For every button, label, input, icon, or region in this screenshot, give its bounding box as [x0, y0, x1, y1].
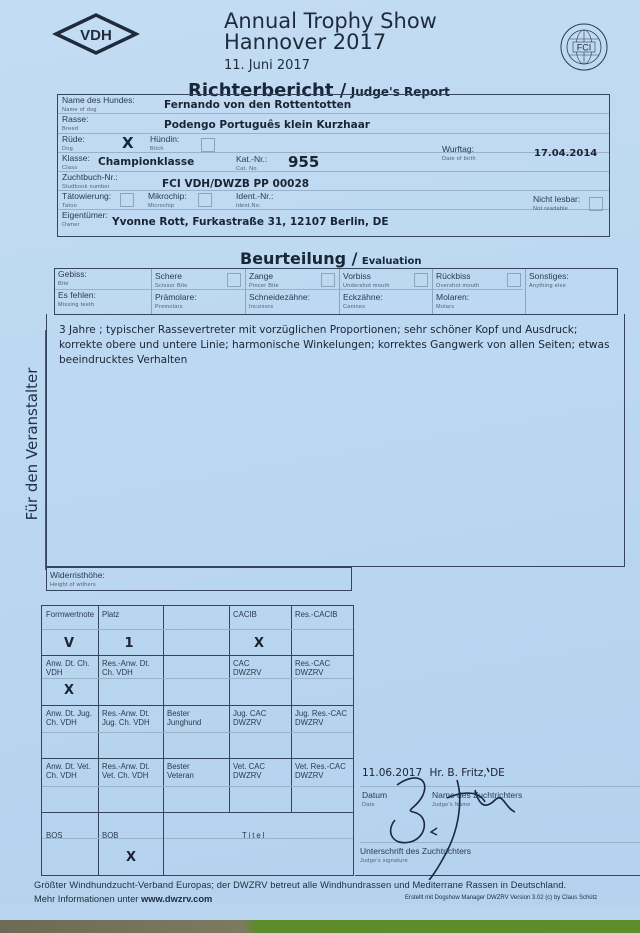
- award-label: Platz: [102, 610, 119, 619]
- missing-canines: Eckzähne:Canines: [343, 293, 383, 312]
- award-label: Jug. Res.-CACDWZRV: [295, 709, 347, 727]
- award-label: CACIB: [233, 610, 257, 619]
- pincer-bite-checkbox[interactable]: [321, 273, 335, 287]
- award-value-cell[interactable]: 1: [125, 636, 134, 651]
- footer-link[interactable]: www.dwzrv.com: [141, 894, 212, 904]
- studbook-label: Zuchtbuch-Nr.:Studbook number: [62, 173, 118, 192]
- award-label: Jug. CACDWZRV: [233, 709, 266, 727]
- award-label: BesterJunghund: [167, 709, 201, 727]
- side-divider: [45, 330, 46, 570]
- owner-label: Eigentümer:Owner: [62, 211, 108, 230]
- missing-incisors: Schneidezähne:Incsisors: [249, 293, 310, 312]
- bite-option-overshot: RückbissOvershot mouth: [436, 272, 479, 291]
- dog-info-box: Name des Hundes:Name of dog Fernando von…: [57, 94, 610, 237]
- award-label: Res.-CACIB: [295, 610, 337, 619]
- tattoo-label: Tätowierung:Tatoo: [62, 192, 111, 211]
- award-label: Titel: [242, 831, 266, 840]
- missing-premolars: Prämolare:Premolars: [155, 293, 197, 312]
- award-label: BesterVeteran: [167, 762, 194, 780]
- male-label: Rüde:Dog: [62, 135, 85, 154]
- breed-label: Rasse:Breed: [62, 115, 88, 134]
- award-value-cell[interactable]: X: [254, 636, 264, 651]
- award-label: Anw. Dt. Jug.Ch. VDH: [46, 709, 92, 727]
- award-label: Res.-Anw. Dt.Jug. Ch. VDH: [102, 709, 150, 727]
- class-value: Championklasse: [98, 156, 194, 168]
- award-label: Vet. CACDWZRV: [233, 762, 265, 780]
- award-value-cell[interactable]: V: [64, 636, 74, 651]
- award-label: Formwertnote: [46, 610, 94, 619]
- birth-date-value: 17.04.2014: [534, 148, 597, 159]
- bite-option-undershot: VorbissUndershot mouth: [343, 272, 390, 291]
- show-title-line1: Annual Trophy Show: [224, 11, 437, 32]
- cat-no-label: Kat.-Nr.:Cat. No.: [236, 155, 267, 174]
- microchip-label: Mikrochip:Microchip: [148, 192, 187, 211]
- overshot-checkbox[interactable]: [507, 273, 521, 287]
- award-label: Res.-CACDWZRV: [295, 659, 330, 677]
- male-checkbox[interactable]: X: [122, 134, 134, 152]
- owner-value: Yvonne Rott, Furkastraße 31, 12107 Berli…: [112, 216, 389, 228]
- show-date: 11. Juni 2017: [224, 58, 310, 73]
- show-title: Annual Trophy Show Hannover 2017: [224, 11, 437, 53]
- award-value-cell[interactable]: X: [126, 850, 136, 865]
- evaluation-title-en: Evaluation: [362, 256, 422, 267]
- svg-text:VDH: VDH: [80, 27, 112, 44]
- evaluation-comment-box[interactable]: 3 Jahre ; typischer Rassevertreter mit v…: [46, 314, 625, 567]
- missing-molars: Molaren:Molars: [436, 293, 469, 312]
- other-label: Sonstiges:Anything else: [529, 272, 569, 291]
- award-label: Res.-Anw. Dt.Vet. Ch. VDH: [102, 762, 150, 780]
- ident-no-label: Ident.-Nr.:Ident.No.: [236, 192, 273, 211]
- award-label: BOS: [46, 831, 62, 840]
- withers-label: Widerristhöhe:Height of withers: [50, 571, 105, 590]
- bite-option-scissor: SchereScissor Bite: [155, 272, 188, 291]
- breed-value: Podengo Português klein Kurzhaar: [164, 119, 370, 131]
- award-label: Res.-Anw. Dt.Ch. VDH: [102, 659, 150, 677]
- bite-section: Gebiss:Bite Es fehlen:Missing teeth Sche…: [54, 268, 618, 315]
- tattoo-checkbox[interactable]: [120, 193, 134, 207]
- award-label: BOB: [102, 831, 118, 840]
- awards-grid: FormwertnoteVPlatz1CACIBXRes.-CACIBAnw. …: [41, 605, 354, 876]
- award-label: Vet. Res.-CACDWZRV: [295, 762, 346, 780]
- award-value-cell[interactable]: X: [64, 683, 74, 698]
- withers-box[interactable]: Widerristhöhe:Height of withers: [46, 567, 352, 591]
- scissor-bite-checkbox[interactable]: [227, 273, 241, 287]
- female-label: Hündin:Bitch: [150, 135, 179, 154]
- award-label: CACDWZRV: [233, 659, 261, 677]
- microchip-checkbox[interactable]: [198, 193, 212, 207]
- background-surface: [0, 920, 640, 933]
- footer-credit: Erstellt mit Dogshow Manager DWZRV Versi…: [405, 895, 597, 901]
- birth-date-label: Wurftag:Date of birth: [442, 145, 476, 164]
- dog-name-value: Fernando von den Rottentotten: [164, 99, 351, 111]
- footer-info: Mehr Informationen unter www.dwzrv.com: [34, 894, 212, 904]
- bite-label: Gebiss:Bite: [58, 270, 87, 289]
- missing-teeth-label: Es fehlen:Missing teeth: [58, 291, 96, 310]
- class-label: Klasse:Class: [62, 154, 90, 173]
- evaluation-title: Beurteilung / Evaluation: [240, 249, 422, 269]
- evaluation-comment: 3 Jahre ; typischer Rassevertreter mit v…: [59, 323, 614, 368]
- fci-logo: FCI: [559, 22, 609, 72]
- svg-text:FCI: FCI: [577, 43, 592, 53]
- organizer-side-label: Für den Veranstalter: [23, 354, 41, 534]
- footer-note: Größter Windhundzucht-Verband Europas; d…: [34, 880, 566, 890]
- evaluation-title-de: Beurteilung /: [240, 249, 357, 268]
- show-title-line2: Hannover 2017: [224, 32, 437, 53]
- female-checkbox[interactable]: [201, 138, 215, 152]
- not-readable-checkbox[interactable]: [589, 197, 603, 211]
- studbook-value: FCI VDH/DWZB PP 00028: [162, 178, 309, 190]
- paper-edge: [0, 905, 640, 921]
- cat-no-value: 955: [288, 153, 319, 171]
- bite-option-pincer: ZangePincer Bite: [249, 272, 279, 291]
- undershot-checkbox[interactable]: [414, 273, 428, 287]
- award-label: Anw. Dt. Ch.VDH: [46, 659, 89, 677]
- award-label: Anw. Dt. Vet.Ch. VDH: [46, 762, 91, 780]
- not-readable-label: Nicht lesbar:Not readable: [533, 195, 580, 214]
- vdh-logo: VDH: [52, 12, 140, 56]
- dog-name-label: Name des Hundes:Name of dog: [62, 96, 135, 115]
- handwritten-signature: [375, 760, 545, 880]
